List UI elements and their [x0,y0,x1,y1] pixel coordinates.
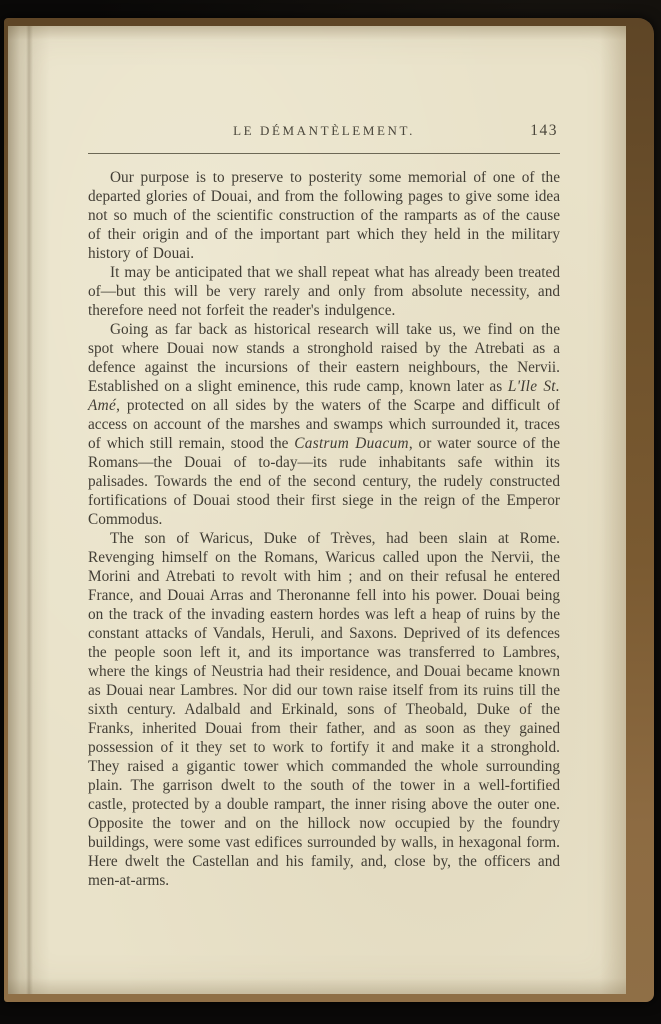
page-body: Our purpose is to preserve to posterity … [88,168,560,890]
paragraph-2: It may be anticipated that we shall repe… [88,263,560,320]
scan-background: LE DÉMANTÈLEMENT. 143 Our purpose is to … [0,0,661,1024]
book-page: LE DÉMANTÈLEMENT. 143 Our purpose is to … [8,26,626,994]
page-header: LE DÉMANTÈLEMENT. 143 [88,123,560,143]
header-rule [88,153,560,154]
italic-phrase-castrum-duacum: Castrum Duacum [294,435,409,452]
running-title: LE DÉMANTÈLEMENT. [233,123,415,139]
paragraph-3: Going as far back as historical research… [88,320,560,529]
page-number: 143 [530,122,558,140]
paragraph-4: The son of Waricus, Duke of Trèves, had … [88,529,560,890]
paragraph-3-text: Going as far back as historical research… [88,321,560,395]
paragraph-1: Our purpose is to preserve to posterity … [88,168,560,263]
